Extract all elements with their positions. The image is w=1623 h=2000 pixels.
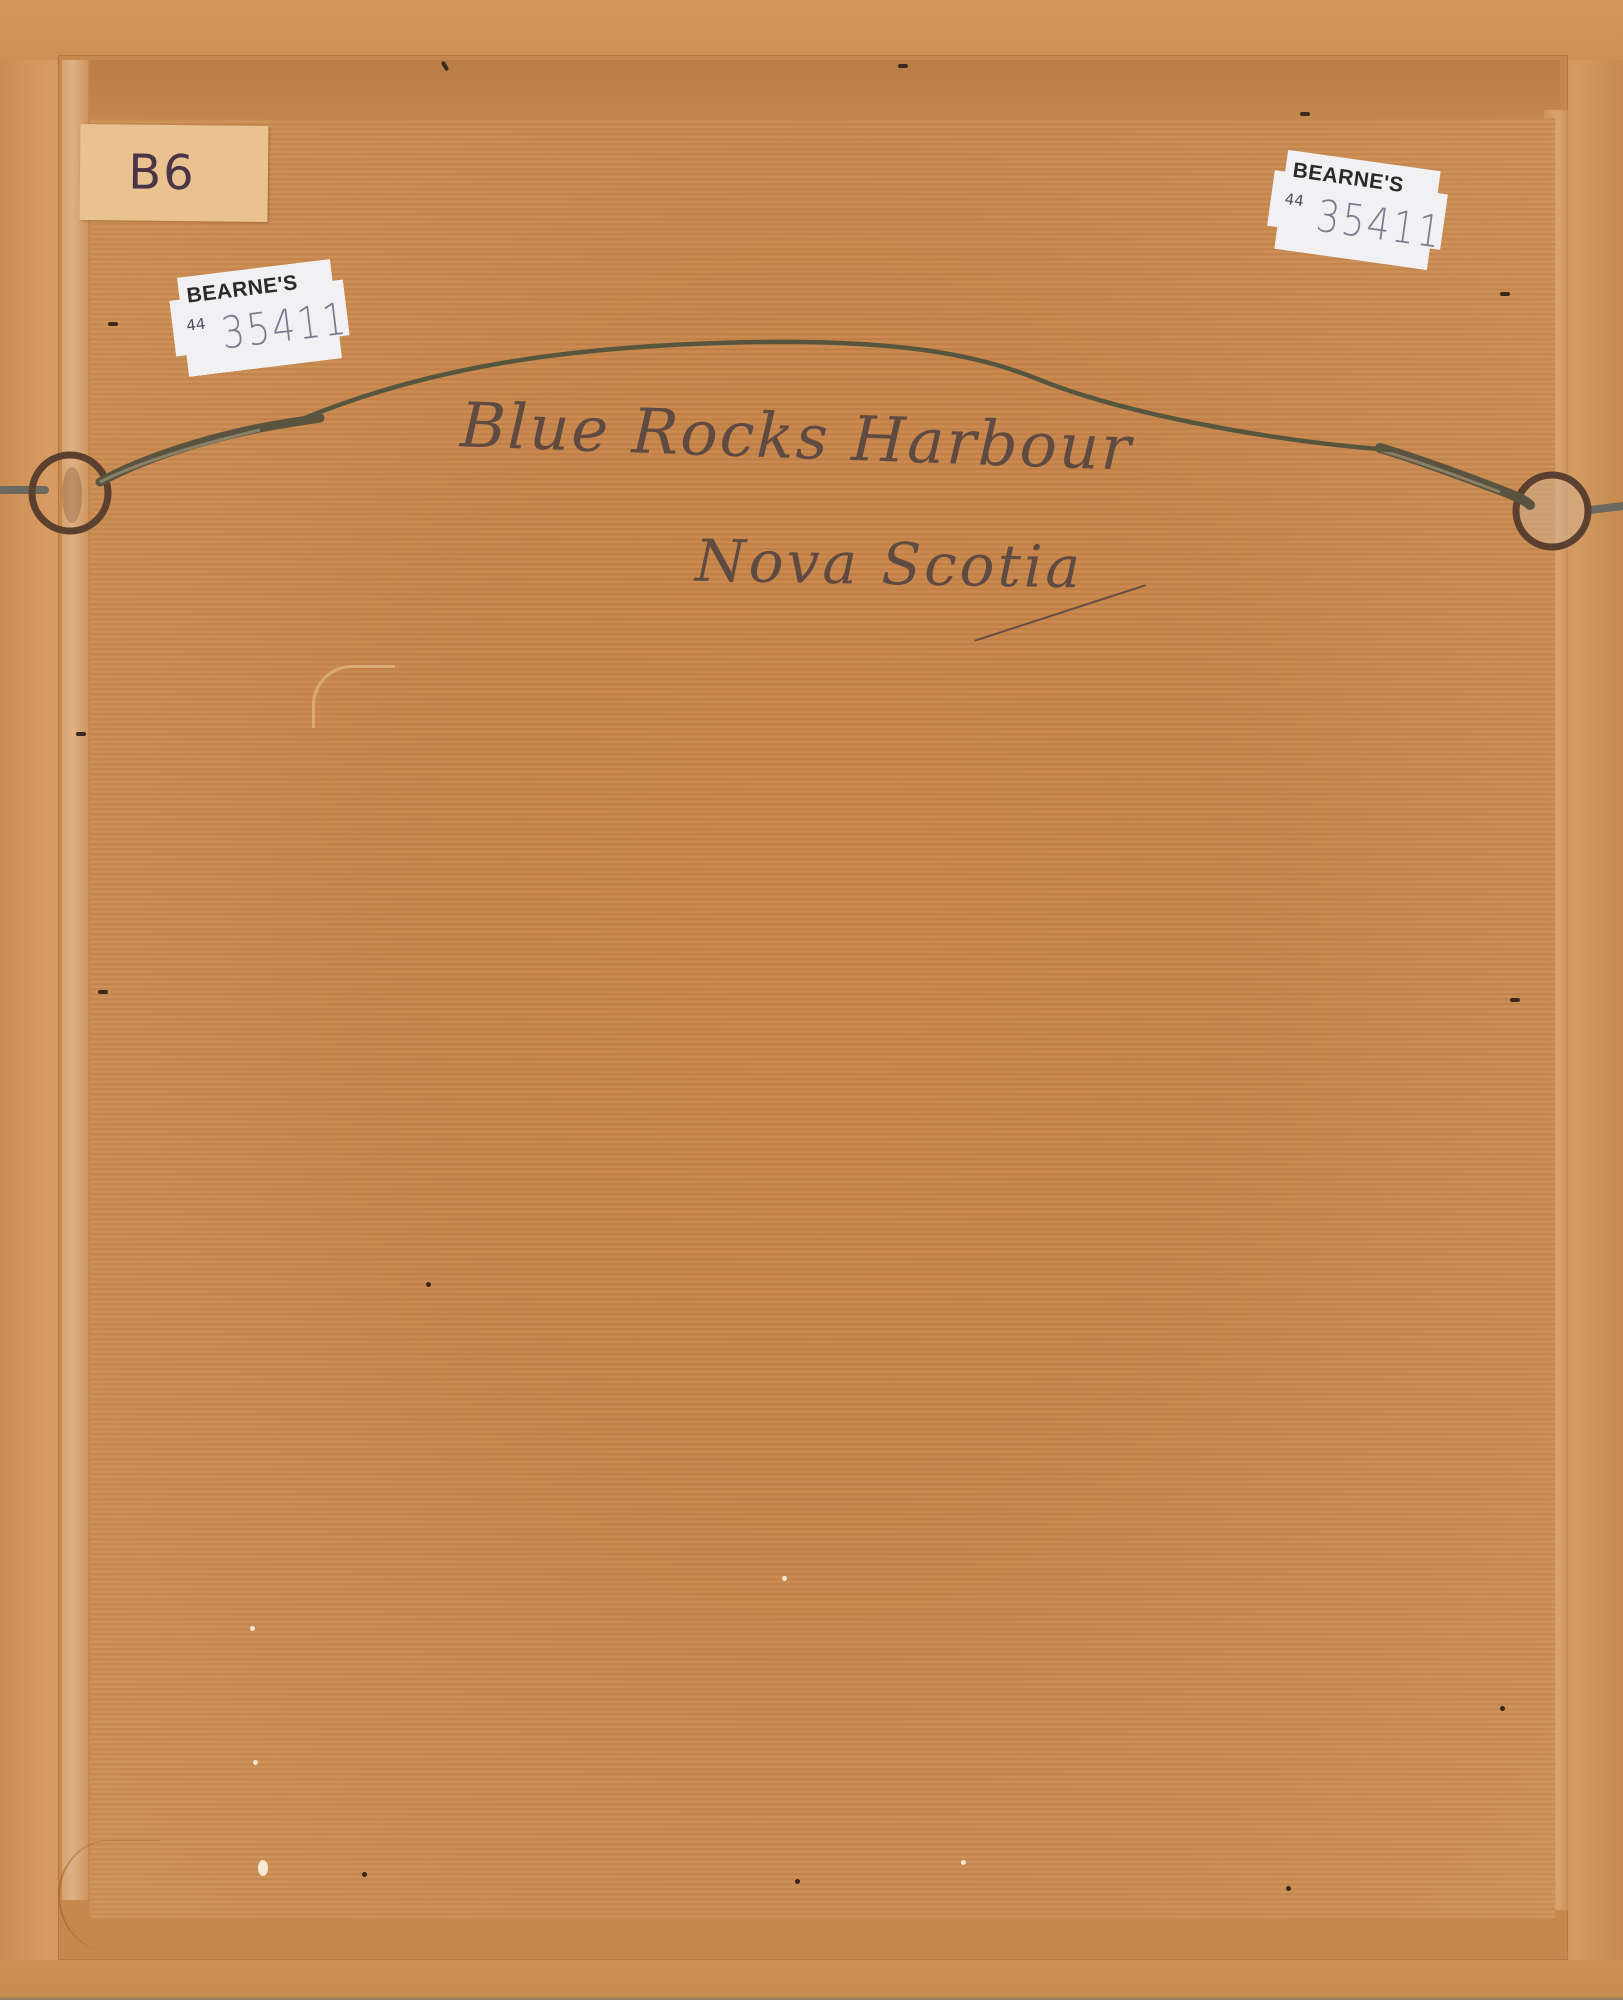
rebate-left-bevel (62, 60, 88, 1900)
inventory-label: B6 (80, 124, 269, 222)
paper-speck (961, 1860, 966, 1865)
paper-speck (1286, 1886, 1291, 1891)
frame-nail (1500, 292, 1510, 296)
frame-bottom-rail (0, 1960, 1623, 2000)
frame-dent-mark (58, 1840, 160, 1951)
paper-crease-mark (312, 665, 395, 728)
rebate-top-bevel (90, 60, 1560, 120)
paper-speck (782, 1576, 787, 1581)
stock-number: 35411 (1313, 191, 1446, 259)
paper-speck (362, 1872, 367, 1877)
inventory-label-text: B6 (128, 145, 196, 202)
lot-prefix: 44 (1284, 190, 1305, 210)
auction-label-left: BEARNE'S 44 35411 (167, 258, 353, 379)
paper-speck (253, 1760, 258, 1765)
kraft-paper-backing (90, 118, 1555, 1918)
frame-nail (76, 732, 86, 736)
frame-nail (1300, 112, 1310, 116)
frame-nail (1510, 998, 1520, 1002)
frame-top-rail (0, 0, 1623, 60)
paper-speck (258, 1860, 268, 1876)
paper-speck (1500, 1706, 1505, 1711)
paper-speck (426, 1282, 431, 1287)
stock-number: 35411 (219, 293, 351, 359)
paper-speck (795, 1879, 800, 1884)
inscription-location: Nova Scotia (694, 527, 1083, 602)
lot-prefix: 44 (185, 315, 206, 335)
frame-nail (898, 64, 908, 68)
paper-speck (250, 1626, 255, 1631)
auction-house-name: BEARNE'S (1291, 159, 1405, 198)
frame-nail (108, 322, 118, 326)
frame-nail (98, 990, 108, 994)
